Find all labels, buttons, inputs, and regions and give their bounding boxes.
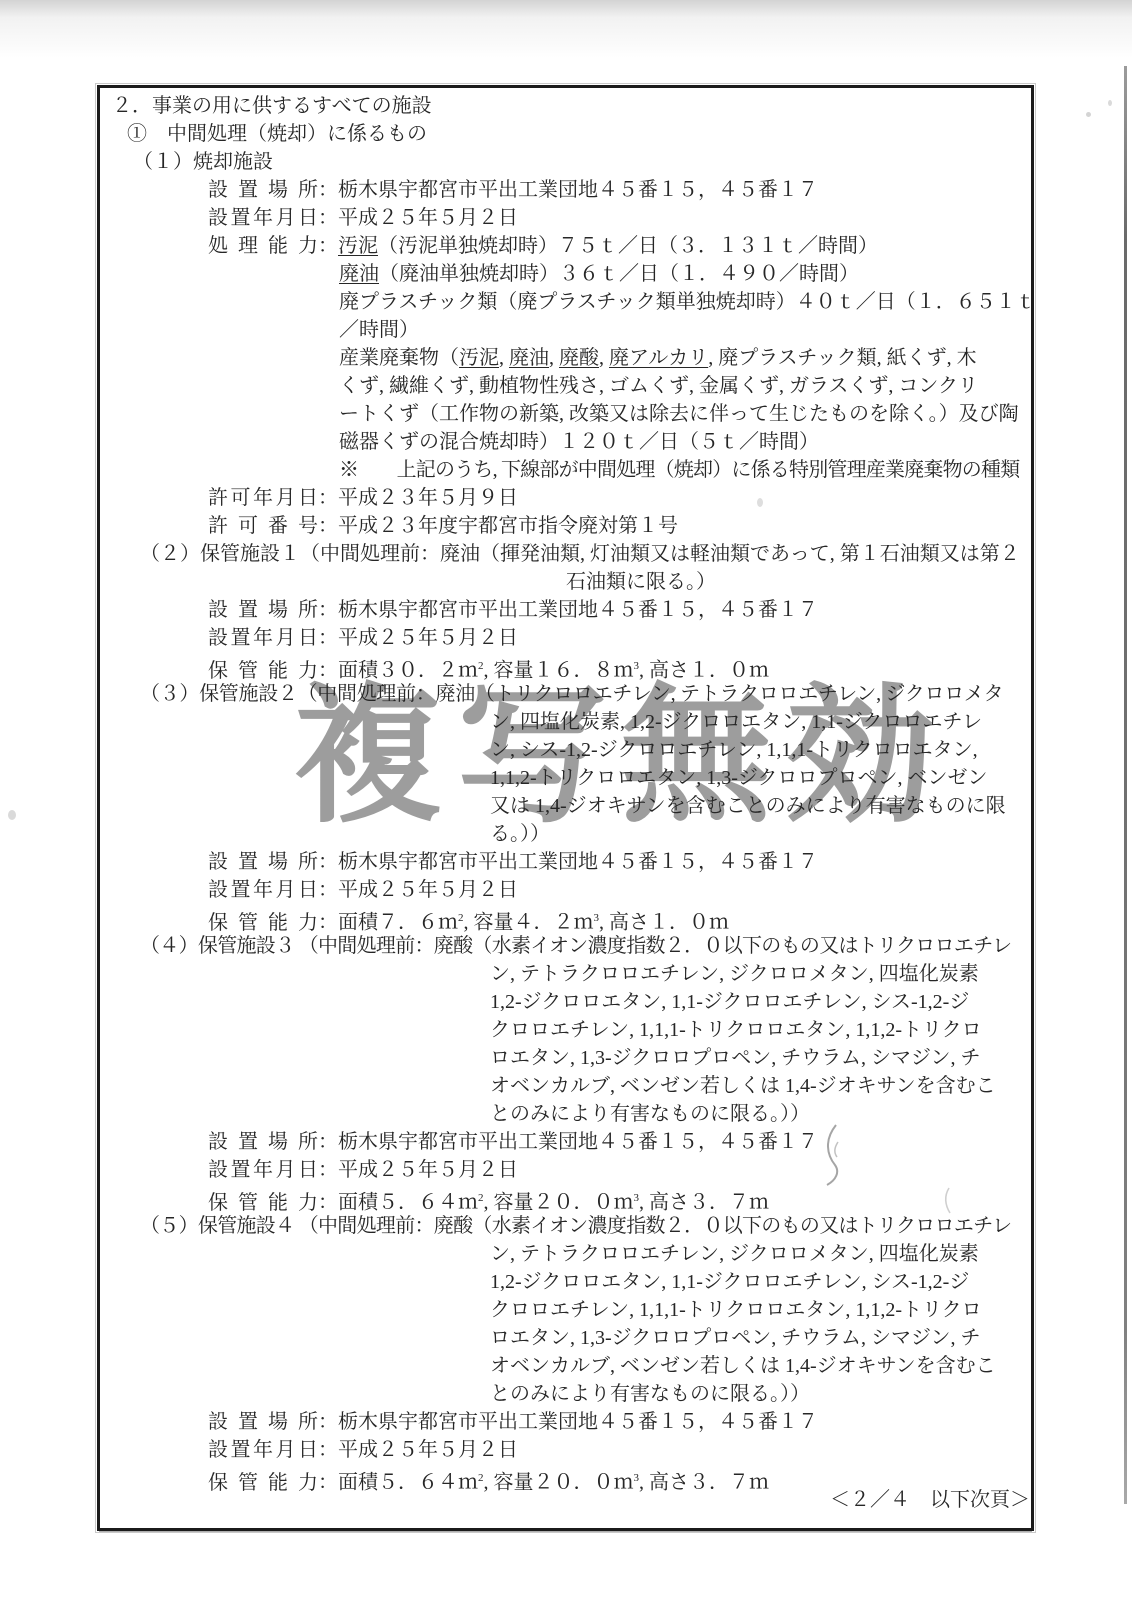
document-frame-border <box>97 85 1034 1531</box>
scan-speck <box>757 498 763 507</box>
scan-speck <box>8 810 16 820</box>
scanned-document-page: { "colors": { "ink": "#262626", "waterma… <box>0 0 1132 1600</box>
pen-flick-mark <box>812 1122 846 1188</box>
pen-flick-mark-small <box>938 1186 954 1216</box>
scanner-right-edge-line <box>1124 66 1127 1504</box>
scan-speck <box>1086 112 1091 117</box>
scan-speck <box>1108 100 1112 106</box>
